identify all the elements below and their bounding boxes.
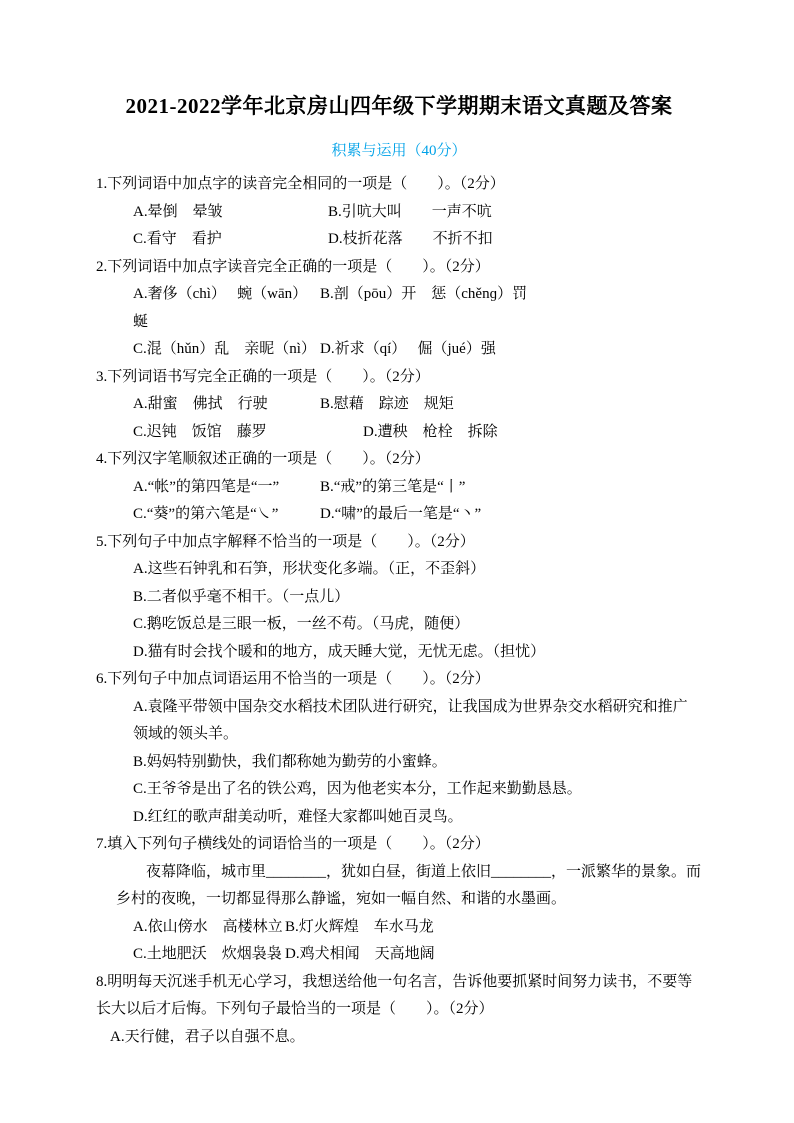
option: A.奢侈（chì） 蜿（wān）蜒 — [133, 281, 320, 336]
option-row: B.妈妈特别勤快，我们都称她为勤劳的小蜜蜂。 — [96, 749, 702, 777]
question-stem: 1.下列词语中加点字的读音完全相同的一项是（ ）。（2分） — [96, 171, 702, 199]
option: A.晕倒 晕皱 — [133, 199, 328, 227]
question-7: 7.填入下列句子横线处的词语恰当的一项是（ ）。（2分） 夜幕降临，城市里___… — [96, 831, 702, 969]
option: B.剖（pōu）开 惩（chěnɡ）罚 — [320, 281, 527, 309]
exam-paper-page: 2021-2022学年北京房山四年级下学期期末语文真题及答案 积累与运用（40分… — [0, 0, 794, 1123]
option-row: A.依山傍水 高楼林立B.灯火辉煌 车水马龙 — [96, 914, 702, 942]
option: D.鸡犬相闻 天高地阔 — [285, 941, 435, 969]
option: A.这些石钟乳和石笋，形状变化多端。（正，不歪斜） — [133, 556, 485, 584]
question-8: 8.明明每天沉迷手机无心学习，我想送给他一句名言，告诉他要抓紧时间努力读书，不要… — [96, 969, 702, 1052]
question-stem: 5.下列句子中加点字解释不恰当的一项是（ ）。（2分） — [96, 529, 702, 557]
option-row: C.看守 看护D.枝折花落 不折不扣 — [96, 226, 702, 254]
option: C.“葵”的第六笔是“㇏” — [133, 501, 320, 529]
question-1: 1.下列词语中加点字的读音完全相同的一项是（ ）。（2分）A.晕倒 晕皱B.引吭… — [96, 171, 702, 254]
question-stem: 3.下列词语书写完全正确的一项是（ ）。（2分） — [96, 364, 702, 392]
option-row: D.红红的歌声甜美动听，难怪大家都叫她百灵鸟。 — [96, 804, 702, 832]
option: A.袁隆平带领中国杂交水稻技术团队进行研究，让我国成为世界杂交水稻研究和推广领域… — [133, 694, 702, 749]
option-row: C.混（hǔn）乱 亲昵（nì）D.祈求（qí） 倔（jué）强 — [96, 336, 702, 364]
option: C.王爷爷是出了名的铁公鸡，因为他老实本分，工作起来勤勤恳恳。 — [133, 776, 582, 804]
option-row: D.猫有时会找个暖和的地方，成天睡大觉，无忧无虑。（担忧） — [96, 639, 702, 667]
option: A.依山傍水 高楼林立 — [133, 914, 285, 942]
option: D.“啸”的最后一笔是“丶” — [320, 501, 481, 529]
option: B.“戒”的第三笔是“丨” — [320, 474, 465, 502]
question-6: 6.下列句子中加点词语运用不恰当的一项是（ ）。（2分）A.袁隆平带领中国杂交水… — [96, 666, 702, 831]
option: B.二者似乎毫不相干。（一点儿） — [133, 584, 349, 612]
option: B.灯火辉煌 车水马龙 — [285, 914, 434, 942]
option: D.枝折花落 不折不扣 — [328, 226, 493, 254]
option: D.祈求（qí） 倔（jué）强 — [320, 336, 496, 364]
option: C.看守 看护 — [133, 226, 328, 254]
option-row: A.“帐”的第四笔是“一”B.“戒”的第三笔是“丨” — [96, 474, 702, 502]
questions: 1.下列词语中加点字的读音完全相同的一项是（ ）。（2分）A.晕倒 晕皱B.引吭… — [96, 171, 702, 1051]
question-stem: 4.下列汉字笔顺叙述正确的一项是（ ）。（2分） — [96, 446, 702, 474]
option: A.“帐”的第四笔是“一” — [133, 474, 320, 502]
option: C.混（hǔn）乱 亲昵（nì） — [133, 336, 320, 364]
option-row: B.二者似乎毫不相干。（一点儿） — [96, 584, 702, 612]
question-stem: 2.下列词语中加点字读音完全正确的一项是（ ）。（2分） — [96, 254, 702, 282]
option: C.鹅吃饭总是三眼一板，一丝不苟。（马虎，随便） — [133, 611, 469, 639]
option: A.天行健，君子以自强不息。 — [110, 1024, 305, 1052]
question-4: 4.下列汉字笔顺叙述正确的一项是（ ）。（2分）A.“帐”的第四笔是“一”B.“… — [96, 446, 702, 529]
option-row: A.晕倒 晕皱B.引吭大叫 一声不吭 — [96, 199, 702, 227]
option: C.土地肥沃 炊烟袅袅 — [133, 941, 285, 969]
option-row: A.袁隆平带领中国杂交水稻技术团队进行研究，让我国成为世界杂交水稻研究和推广领域… — [96, 694, 702, 749]
option: B.妈妈特别勤快，我们都称她为勤劳的小蜜蜂。 — [133, 749, 447, 777]
option-row: C.王爷爷是出了名的铁公鸡，因为他老实本分，工作起来勤勤恳恳。 — [96, 776, 702, 804]
question-stem: 8.明明每天沉迷手机无心学习，我想送给他一句名言，告诉他要抓紧时间努力读书，不要… — [96, 969, 702, 1024]
question-5: 5.下列句子中加点字解释不恰当的一项是（ ）。（2分）A.这些石钟乳和石笋，形状… — [96, 529, 702, 667]
option-row: A.天行健，君子以自强不息。 — [96, 1024, 702, 1052]
option-row: A.这些石钟乳和石笋，形状变化多端。（正，不歪斜） — [96, 556, 702, 584]
option-row: C.迟钝 饭馆 藤罗D.遭秧 枪栓 拆除 — [96, 419, 702, 447]
option: C.迟钝 饭馆 藤罗 — [133, 419, 363, 447]
option: B.引吭大叫 一声不吭 — [328, 199, 492, 227]
question-2: 2.下列词语中加点字读音完全正确的一项是（ ）。（2分）A.奢侈（chì） 蜿（… — [96, 254, 702, 364]
option: A.甜蜜 佛拭 行驶 — [133, 391, 320, 419]
question-stem: 6.下列句子中加点词语运用不恰当的一项是（ ）。（2分） — [96, 666, 702, 694]
option: D.红红的歌声甜美动听，难怪大家都叫她百灵鸟。 — [133, 804, 463, 832]
option: D.遭秧 枪栓 拆除 — [363, 419, 498, 447]
question-stem: 7.填入下列句子横线处的词语恰当的一项是（ ）。（2分） — [96, 831, 702, 859]
option: B.慰藉 踪迹 规矩 — [320, 391, 454, 419]
page-title: 2021-2022学年北京房山四年级下学期期末语文真题及答案 — [96, 92, 702, 120]
question-passage: 夜幕降临，城市里________，犹如白昼，街道上依旧________，一派繁华… — [116, 859, 702, 914]
option-row: A.奢侈（chì） 蜿（wān）蜒B.剖（pōu）开 惩（chěnɡ）罚 — [96, 281, 702, 336]
option-row: A.甜蜜 佛拭 行驶B.慰藉 踪迹 规矩 — [96, 391, 702, 419]
section-heading: 积累与运用（40分） — [96, 138, 702, 165]
option-row: C.鹅吃饭总是三眼一板，一丝不苟。（马虎，随便） — [96, 611, 702, 639]
option: D.猫有时会找个暖和的地方，成天睡大觉，无忧无虑。（担忧） — [133, 639, 545, 667]
question-3: 3.下列词语书写完全正确的一项是（ ）。（2分）A.甜蜜 佛拭 行驶B.慰藉 踪… — [96, 364, 702, 447]
option-row: C.“葵”的第六笔是“㇏”D.“啸”的最后一笔是“丶” — [96, 501, 702, 529]
option-row: C.土地肥沃 炊烟袅袅D.鸡犬相闻 天高地阔 — [96, 941, 702, 969]
